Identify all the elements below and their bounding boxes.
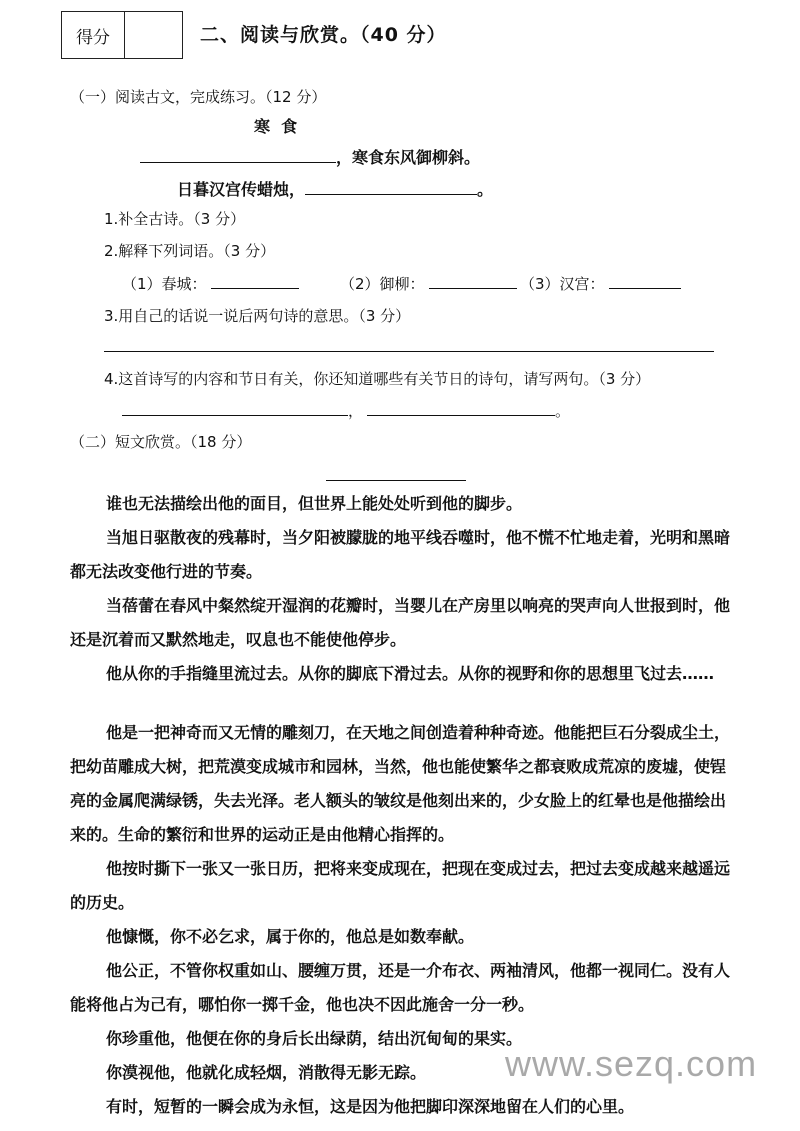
score-value-cell[interactable] <box>125 12 182 58</box>
poem-title: 寒 食 <box>254 114 297 137</box>
part2-heading: （二）短文欣赏。（18 分） <box>70 431 251 452</box>
poem-line1-blank[interactable] <box>140 148 336 163</box>
passage-title-blank[interactable] <box>326 480 466 481</box>
question-4: 4.这首诗写的内容和节日有关，你还知道哪些有关节日的诗句，请写两句。（3 分） <box>104 368 650 389</box>
paragraph-8: 他公正，不管你权重如山、腰缠万贯，还是一介布衣、两袖清风，他都一视同仁。没有人能… <box>70 954 738 1022</box>
poem-line-2: 日暮汉宫传蜡烛，。 <box>177 177 493 200</box>
term-3-label: （3）汉宫： <box>520 275 605 293</box>
score-box: 得分 <box>61 11 183 59</box>
term-1-label: （1）春城： <box>122 275 207 293</box>
poem-line2-period: 。 <box>477 180 493 199</box>
poem-line1-text: ，寒食东风御柳斜。 <box>336 148 480 167</box>
poem-line-1: ，寒食东风御柳斜。 <box>140 145 480 168</box>
question-1: 1.补全古诗。（3 分） <box>104 208 245 229</box>
term-3-blank[interactable] <box>609 274 681 289</box>
paragraph-6: 他按时撕下一张又一张日历，把将来变成现在，把现在变成过去，把过去变成越来越遥远的… <box>70 852 738 920</box>
section-title: 二、阅读与欣赏。（40 分） <box>200 20 447 47</box>
question-4-blank-2[interactable] <box>367 401 555 416</box>
paragraph-3: 当蓓蕾在春风中粲然绽开湿润的花瓣时，当婴儿在产房里以响亮的哭声向人世报到时，他还… <box>70 589 738 657</box>
poem-line2-text: 日暮汉宫传蜡烛， <box>177 180 305 199</box>
term-2: （2）御柳： <box>340 273 517 294</box>
paragraph-4: 他从你的手指缝里流过去。从你的脚底下滑过去。从你的视野和你的思想里飞过去…… <box>70 657 738 691</box>
term-2-blank[interactable] <box>429 274 517 289</box>
question-4-blank-1[interactable] <box>122 401 348 416</box>
question-4-answers: ，。 <box>122 400 570 421</box>
question-3: 3.用自己的话说一说后两句诗的意思。（3 分） <box>104 305 410 326</box>
paragraph-5: 他是一把神奇而又无情的雕刻刀，在天地之间创造着种种奇迹。他能把巨石分裂成尘土，把… <box>70 716 738 852</box>
term-1-blank[interactable] <box>211 274 299 289</box>
q4-comma: ， <box>348 402 363 420</box>
question-3-answer-line[interactable] <box>104 351 714 352</box>
term-3: （3）汉宫： <box>520 273 681 294</box>
part1-heading: （一）阅读古文，完成练习。（12 分） <box>70 86 326 107</box>
poem-line2-blank[interactable] <box>305 180 477 195</box>
paragraph-2: 当旭日驱散夜的残幕时，当夕阳被朦胧的地平线吞噬时，他不慌不忙地走着，光明和黑暗都… <box>70 521 738 589</box>
term-1: （1）春城： <box>122 273 299 294</box>
paragraph-11: 有时，短暂的一瞬会成为永恒，这是因为他把脚印深深地留在人们的心里。 <box>70 1090 738 1124</box>
paragraph-1: 谁也无法描绘出他的面目，但世界上能处处听到他的脚步。 <box>70 487 738 521</box>
score-label: 得分 <box>62 12 125 58</box>
term-2-label: （2）御柳： <box>340 275 425 293</box>
question-2: 2.解释下列词语。（3 分） <box>104 240 275 261</box>
paragraph-7: 他慷慨，你不必乞求，属于你的，他总是如数奉献。 <box>70 920 738 954</box>
watermark: www.sezq.com <box>505 1043 757 1085</box>
q4-period: 。 <box>555 402 570 420</box>
